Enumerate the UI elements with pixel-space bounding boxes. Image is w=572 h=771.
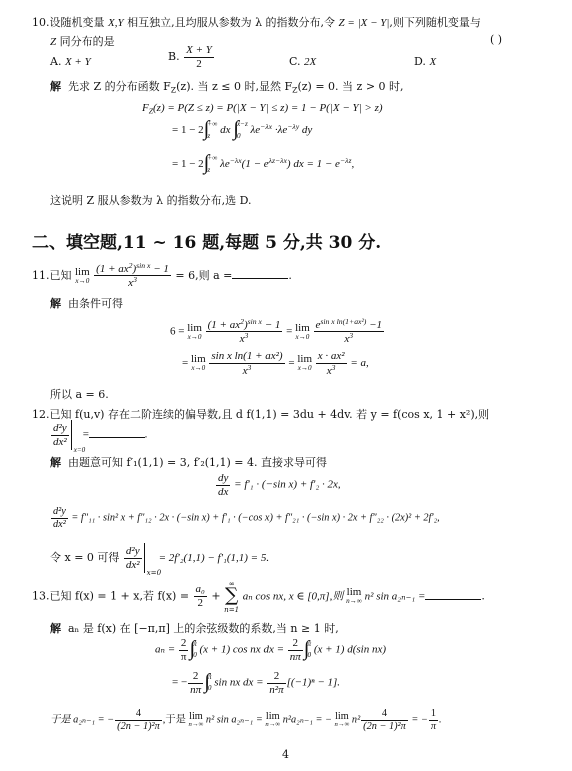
q10-option-a: A. X + Y bbox=[50, 55, 91, 68]
q13-stem: 13.已知 f(x) = 1 + x,若 f(x) = a₀2 + ∞∑n=1 … bbox=[32, 580, 485, 613]
q10-option-d: D. X bbox=[414, 55, 436, 68]
q11-stem: 11.已知 limx→0 (1 + ax2)sin x − 1x3 = 6,则 … bbox=[32, 262, 292, 290]
page-number: 4 bbox=[282, 748, 289, 761]
q11-answer-blank bbox=[232, 268, 288, 279]
q13-eq1: aₙ = 2π∫π0 (x + 1) cos nx dx = 2nπ∫π0 (x… bbox=[155, 637, 386, 663]
q12-solution-intro: 解 由题意可知 f′₁(1,1) = 3, f′₂(1,1) = 4. 直接求导… bbox=[50, 454, 327, 470]
q10-conclusion: 这说明 Z 服从参数为 λ 的指数分布,选 D. bbox=[50, 192, 252, 208]
q10-eq2: = 1 − 2∫+∞z dx ∫x−z0 λe−λx ·λe−λy dy bbox=[172, 118, 312, 143]
q11-eq2: = limx→0 sin x ln(1 + ax²)x3 = limx→0 x … bbox=[182, 350, 369, 377]
q13-final: 于是 a₂ₙ₋₁ = −4(2n − 1)²π,于是 limn→∞ n² sin… bbox=[50, 708, 442, 733]
q10-solution-intro: 解 先求 Z 的分布函数 FZ(z). 当 z ≤ 0 时,显然 FZ(z) =… bbox=[50, 78, 404, 95]
q12-stem-line2: d²ydx²x=0 =. bbox=[50, 420, 148, 450]
q12-final: 令 x = 0 可得 d²ydx²x=0 = 2f′₂(1,1) − f′₁(1… bbox=[50, 543, 269, 573]
q10-stem-line1: 10.设随机变量 X,Y 相互独立,且均服从参数为 λ 的指数分布,令 Z = … bbox=[32, 14, 481, 30]
q10-number: 10. bbox=[32, 16, 50, 29]
q10-option-b: B. X + Y2 bbox=[168, 44, 215, 70]
q11-eq1: 6 = limx→0 (1 + ax2)sin x − 1x3 = limx→0… bbox=[170, 318, 385, 346]
q13-answer-blank bbox=[425, 589, 481, 600]
q10-eq1: FZ(z) = P(Z ≤ z) = P(|X − Y| ≤ z) = 1 − … bbox=[142, 102, 383, 116]
q10-eq3: = 1 − 2∫+∞z λe−λx(1 − eλz−λx) dx = 1 − e… bbox=[172, 152, 354, 177]
q10-stem-line2: Z 同分布的是 bbox=[50, 33, 115, 49]
q13-solution-intro: 解 aₙ 是 f(x) 在 [−π,π] 上的余弦级数的系数,当 n ≥ 1 时… bbox=[50, 620, 339, 636]
q11-conclusion: 所以 a = 6. bbox=[50, 386, 109, 402]
q13-eq2: = −2nπ∫π0 sin nx dx = 2n²π[(−1)ⁿ − 1]. bbox=[172, 670, 340, 696]
q12-number: 12. bbox=[32, 408, 50, 421]
q12-answer-blank bbox=[89, 427, 145, 438]
section-title-fill-in: 二、填空题,11 ~ 16 题,每题 5 分,共 30 分. bbox=[32, 228, 381, 253]
q12-eq1: dydx = f′₁ · (−sin x) + f′₂ · 2x, bbox=[215, 472, 341, 498]
q11-number: 11. bbox=[32, 269, 50, 282]
q10-option-c: C. 2X bbox=[289, 55, 316, 68]
q11-solution-intro: 解 由条件可得 bbox=[50, 295, 123, 311]
q13-number: 13. bbox=[32, 590, 50, 603]
q12-eq2: d²ydx² = f″₁₁ · sin² x + f″₁₂ · 2x · (−s… bbox=[50, 506, 440, 531]
q10-answer-paren: ( ) bbox=[490, 33, 502, 46]
